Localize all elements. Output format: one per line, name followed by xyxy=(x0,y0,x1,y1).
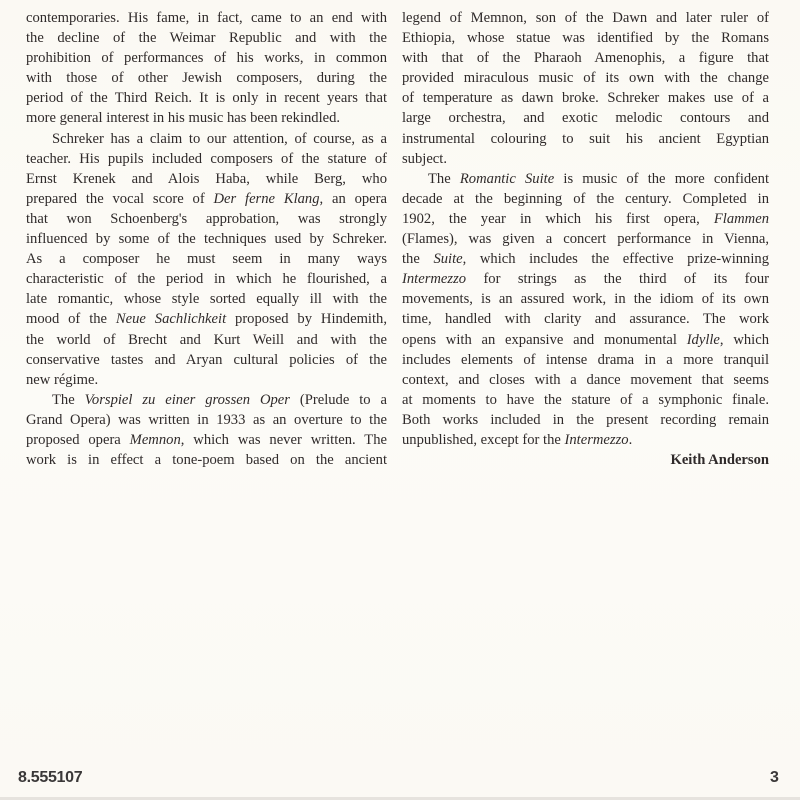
text-line: characteristic of the period in which he… xyxy=(26,269,387,289)
text-line: contemporaries. His fame, in fact, came … xyxy=(26,8,387,28)
text-line: Grand Opera) was written in 1933 as an o… xyxy=(26,410,387,430)
text-line: prepared the vocal score of Der ferne Kl… xyxy=(26,189,387,209)
text-line: movements, is an assured work, in the id… xyxy=(402,289,769,309)
text-line: legend of Memnon, son of the Dawn and la… xyxy=(402,8,769,28)
paragraph: Schreker has a claim to our attention, o… xyxy=(26,129,387,390)
text-line: mood of the Neue Sachlichkeit proposed b… xyxy=(26,309,387,329)
text-line: instrumental colouring to suit his ancie… xyxy=(402,129,769,149)
text-line: Both works included in the present recor… xyxy=(402,410,769,430)
text-line: The Vorspiel zu einer grossen Oper (Prel… xyxy=(26,390,387,410)
text-line: more general interest in his music has b… xyxy=(26,108,387,128)
paragraph: legend of Memnon, son of the Dawn and la… xyxy=(402,8,769,169)
text-line: unpublished, except for the Intermezzo. xyxy=(402,430,769,450)
text-line: subject. xyxy=(402,149,769,169)
text-line: at moments to have the stature of a symp… xyxy=(402,390,769,410)
text-line: Ernst Krenek and Alois Haba, while Berg,… xyxy=(26,169,387,189)
text-line: teacher. His pupils included composers o… xyxy=(26,149,387,169)
text-line: opens with an expansive and monumental I… xyxy=(402,330,769,350)
text-line: As a composer he must seem in many ways xyxy=(26,249,387,269)
text-line: proposed opera Memnon, which was never w… xyxy=(26,430,387,450)
text-line: period of the Third Reich. It is only in… xyxy=(26,88,387,108)
paragraph: contemporaries. His fame, in fact, came … xyxy=(26,8,387,129)
text-line: Intermezzo for strings as the third of i… xyxy=(402,269,769,289)
text-line: Schreker has a claim to our attention, o… xyxy=(26,129,387,149)
paragraph: The Romantic Suite is music of the more … xyxy=(402,169,769,450)
text-line: influenced by some of the techniques use… xyxy=(26,229,387,249)
text-line: decade at the beginning of the century. … xyxy=(402,189,769,209)
text-line: prohibition of performances of his works… xyxy=(26,48,387,68)
text-line: that won Schoenberg's approbation, was s… xyxy=(26,209,387,229)
catalog-number: 8.555107 xyxy=(18,769,82,787)
text-line: includes elements of intense drama in a … xyxy=(402,350,769,370)
text-line: the decline of the Weimar Republic and w… xyxy=(26,28,387,48)
text-line: Ethiopia, whose statue was identified by… xyxy=(402,28,769,48)
text-line: time, handled with clarity and assurance… xyxy=(402,309,769,329)
text-line: of temperature as dawn broke. Schreker m… xyxy=(402,88,769,108)
text-line: with those of other Jewish composers, du… xyxy=(26,68,387,88)
text-line: the Suite, which includes the effective … xyxy=(402,249,769,269)
left-column: contemporaries. His fame, in fact, came … xyxy=(26,8,387,470)
booklet-page: contemporaries. His fame, in fact, came … xyxy=(0,0,800,800)
text-line: new régime. xyxy=(26,370,387,390)
text-line: late romantic, whose style sorted equall… xyxy=(26,289,387,309)
text-line: 1902, the year in which his first opera,… xyxy=(402,209,769,229)
text-line: the world of Brecht and Kurt Weill and w… xyxy=(26,330,387,350)
text-line: conservative tastes and Aryan cultural p… xyxy=(26,350,387,370)
text-line: (Flames), was given a concert performanc… xyxy=(402,229,769,249)
author-signature: Keith Anderson xyxy=(402,450,769,470)
text-line: work is in effect a tone-poem based on t… xyxy=(26,450,387,470)
text-line: provided miraculous music of its own wit… xyxy=(402,68,769,88)
text-line: The Romantic Suite is music of the more … xyxy=(402,169,769,189)
right-column: legend of Memnon, son of the Dawn and la… xyxy=(402,8,769,470)
text-line: large orchestra, and exotic melodic cont… xyxy=(402,108,769,128)
text-line: context, and closes with a dance movemen… xyxy=(402,370,769,390)
text-line: with that of the Pharaoh Amenophis, a fi… xyxy=(402,48,769,68)
paragraph: The Vorspiel zu einer grossen Oper (Prel… xyxy=(26,390,387,470)
